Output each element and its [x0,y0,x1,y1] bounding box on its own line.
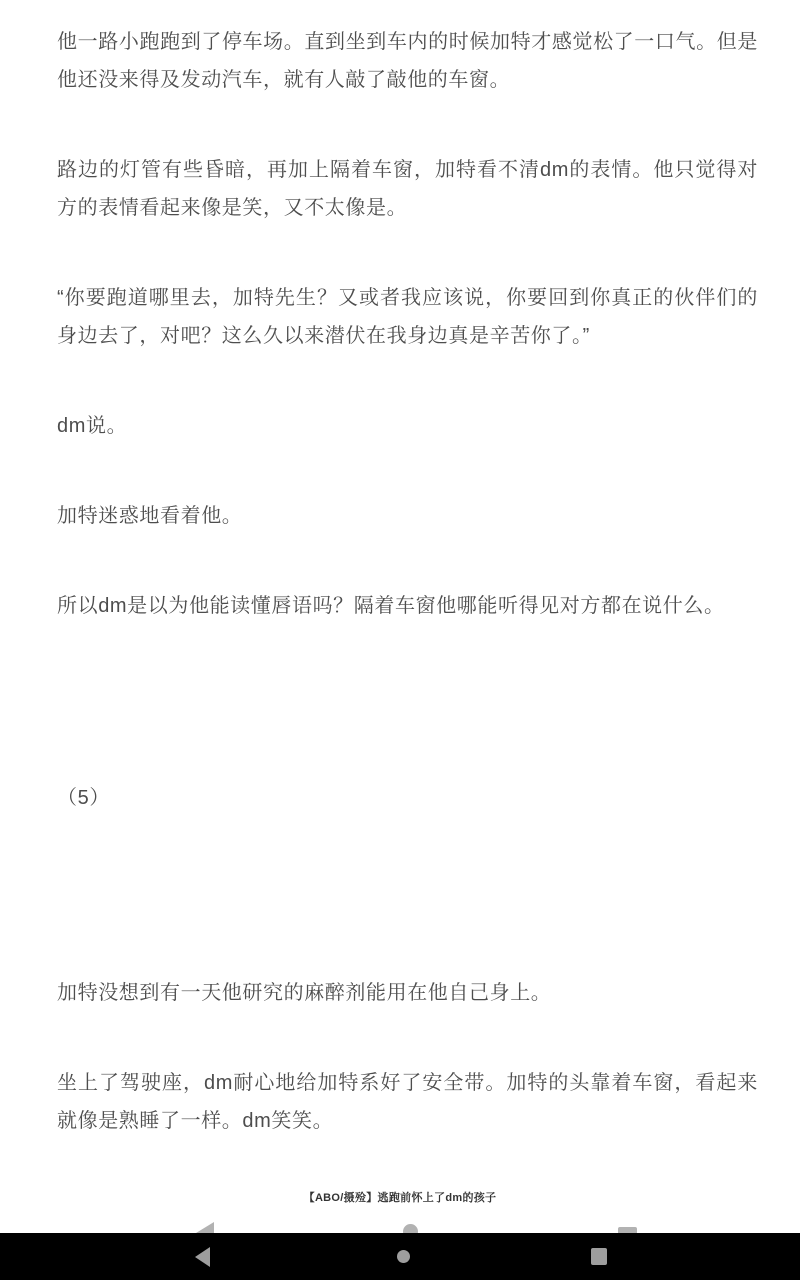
back-button[interactable] [162,1233,242,1280]
paragraph: 路边的灯管有些昏暗，再加上隔着车窗，加特看不清dm的表情。他只觉得对方的表情看起… [57,151,758,227]
paragraph: dm说。 [57,407,758,445]
home-button[interactable] [363,1233,443,1280]
book-title: 【ABO/摄殓】逃跑前怀上了dm的孩子 [0,1189,800,1205]
reading-area[interactable]: 他一路小跑跑到了停车场。直到坐到车内的时候加特才感觉松了一口气。但是他还没来得及… [57,23,758,1192]
paragraph: 加特迷惑地看着他。 [57,497,758,535]
section-number: （5） [57,779,758,817]
home-icon-ghost [403,1224,418,1233]
back-icon [195,1247,210,1267]
ghost-nav-icons [0,1216,800,1233]
paragraph: 所以dm是以为他能读懂唇语吗？隔着车窗他哪能听得见对方都在说什么。 [57,587,758,625]
back-icon-ghost [196,1222,214,1233]
paragraph: 加特没想到有一天他研究的麻醉剂能用在他自己身上。 [57,974,758,1012]
paragraph: 他一路小跑跑到了停车场。直到坐到车内的时候加特才感觉松了一口气。但是他还没来得及… [57,23,758,99]
android-nav-bar [0,1233,800,1280]
recents-button[interactable] [559,1233,639,1280]
paragraph: 坐上了驾驶座，dm耐心地给加特系好了安全带。加特的头靠着车窗，看起来就像是熟睡了… [57,1064,758,1140]
recents-icon [591,1248,607,1265]
home-icon [397,1250,410,1263]
paragraph: “你要跑道哪里去，加特先生？又或者我应该说，你要回到你真正的伙伴们的身边去了，对… [57,279,758,355]
